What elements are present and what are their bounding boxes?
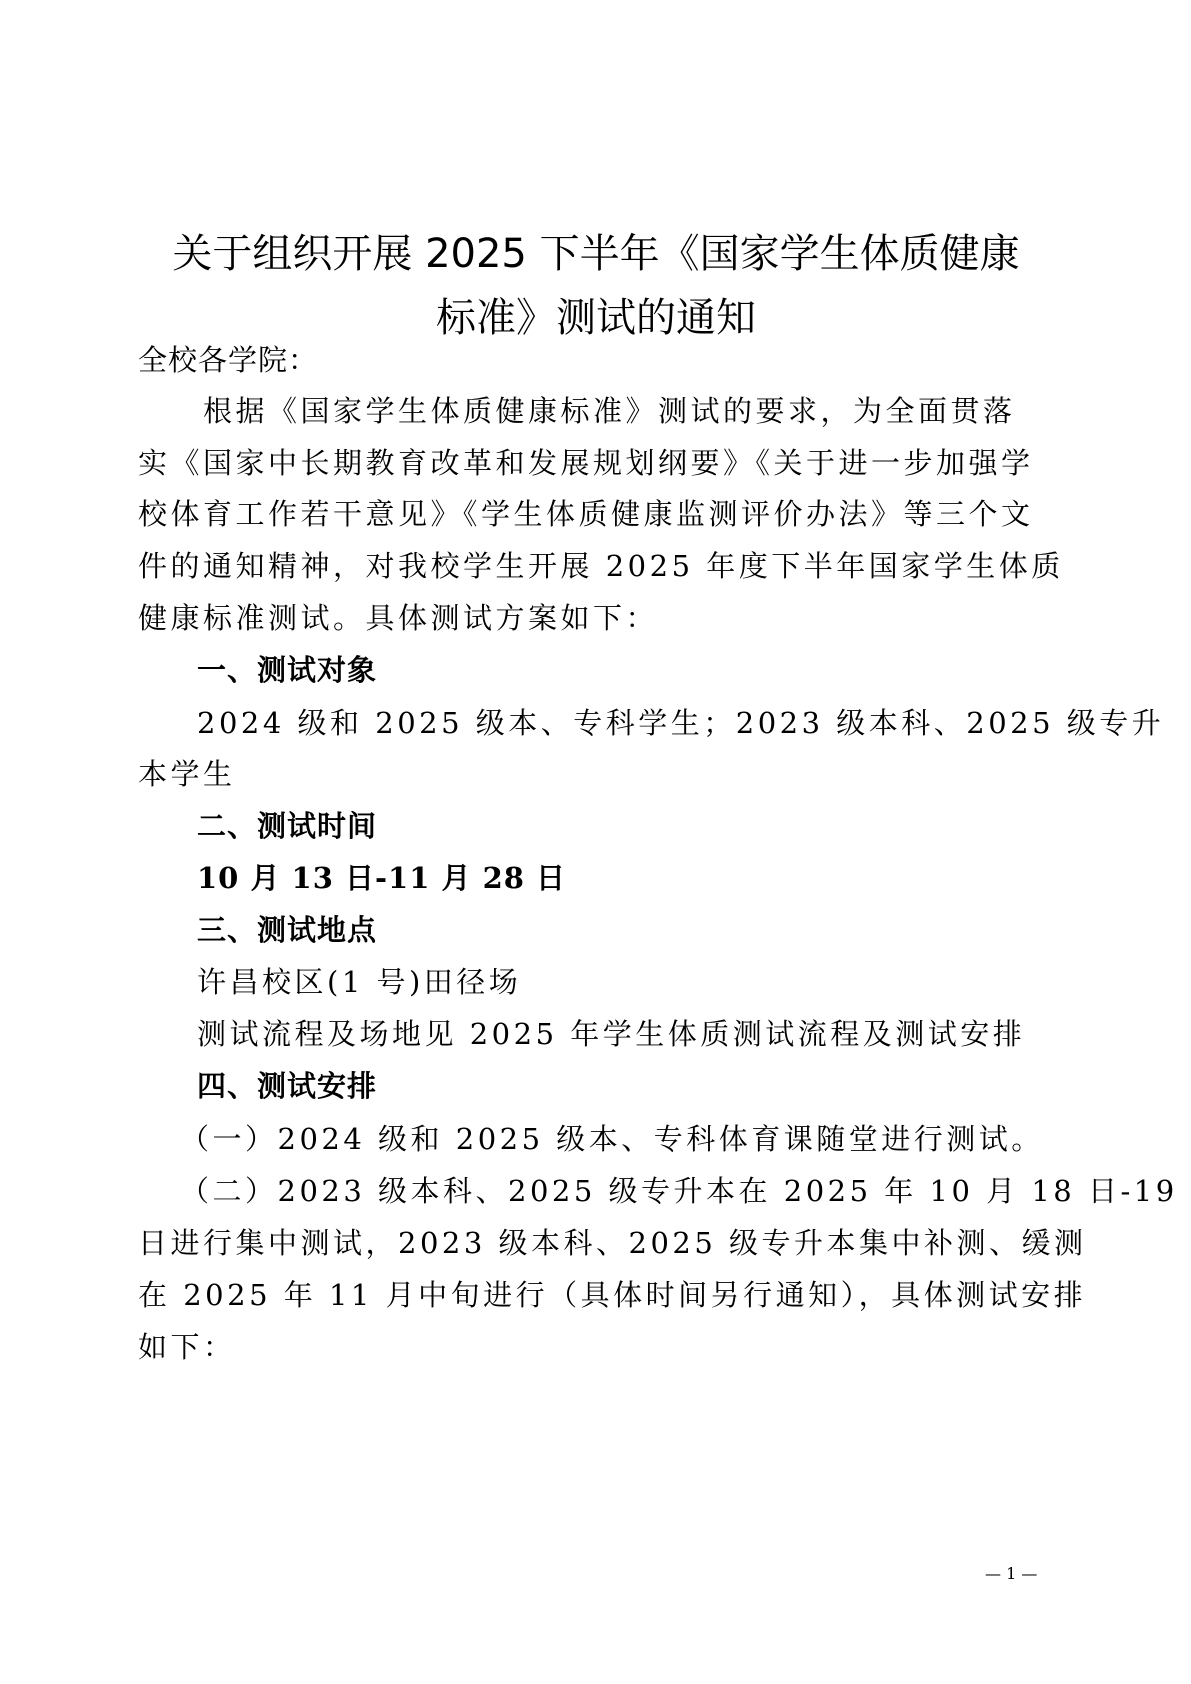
arrangement-item-2-line-3: 在 2025 年 11 月中旬进行（具体时间另行通知），具体测试安排 [138, 1275, 1086, 1315]
test-date-range: 10 月 13 日-11 月 28 日 [197, 858, 566, 898]
document-title-line-1: 关于组织开展 2025 下半年《国家学生体质健康 [140, 222, 1052, 286]
section-heading-test-time: 二、测试时间 [197, 806, 377, 846]
intro-line-4: 件的通知精神，对我校学生开展 2025 年度下半年国家学生体质 [138, 546, 1064, 586]
intro-line-3: 校体育工作若干意见》《学生体质健康监测评价办法》等三个文 [138, 494, 1034, 534]
arrangement-item-2-line-4: 如下： [138, 1327, 236, 1367]
test-location: 许昌校区(1 号)田径场 [197, 962, 521, 1002]
intro-line-5: 健康标准测试。具体测试方案如下： [138, 598, 658, 638]
section-1-line-2: 本学生 [138, 754, 236, 794]
test-process-note: 测试流程及场地见 2025 年学生体质测试流程及测试安排 [197, 1014, 1025, 1054]
section-heading-test-location: 三、测试地点 [197, 910, 377, 950]
arrangement-item-1: （一）2024 级和 2025 级本、专科体育课随堂进行测试。 [180, 1119, 1044, 1159]
salutation: 全校各学院： [138, 340, 318, 380]
page-number: — 1 — [985, 1562, 1037, 1586]
arrangement-item-2-line-2: 日进行集中测试，2023 级本科、2025 级专升本集中补测、缓测 [138, 1223, 1087, 1263]
intro-line-1: 根据《国家学生体质健康标准》测试的要求，为全面贯落 [138, 391, 1016, 431]
intro-line-2: 实《国家中长期教育改革和发展规划纲要》《关于进一步加强学 [138, 443, 1034, 483]
arrangement-item-2-line-1: （二）2023 级本科、2025 级专升本在 2025 年 10 月 18 日-… [180, 1171, 1178, 1211]
section-heading-test-subjects: 一、测试对象 [197, 650, 377, 690]
section-1-line-1: 2024 级和 2025 级本、专科学生；2023 级本科、2025 级专升 [197, 703, 1164, 743]
section-heading-test-arrangement: 四、测试安排 [197, 1066, 377, 1106]
document-page: 关于组织开展 2025 下半年《国家学生体质健康 标准》测试的通知 全校各学院：… [0, 0, 1191, 1684]
